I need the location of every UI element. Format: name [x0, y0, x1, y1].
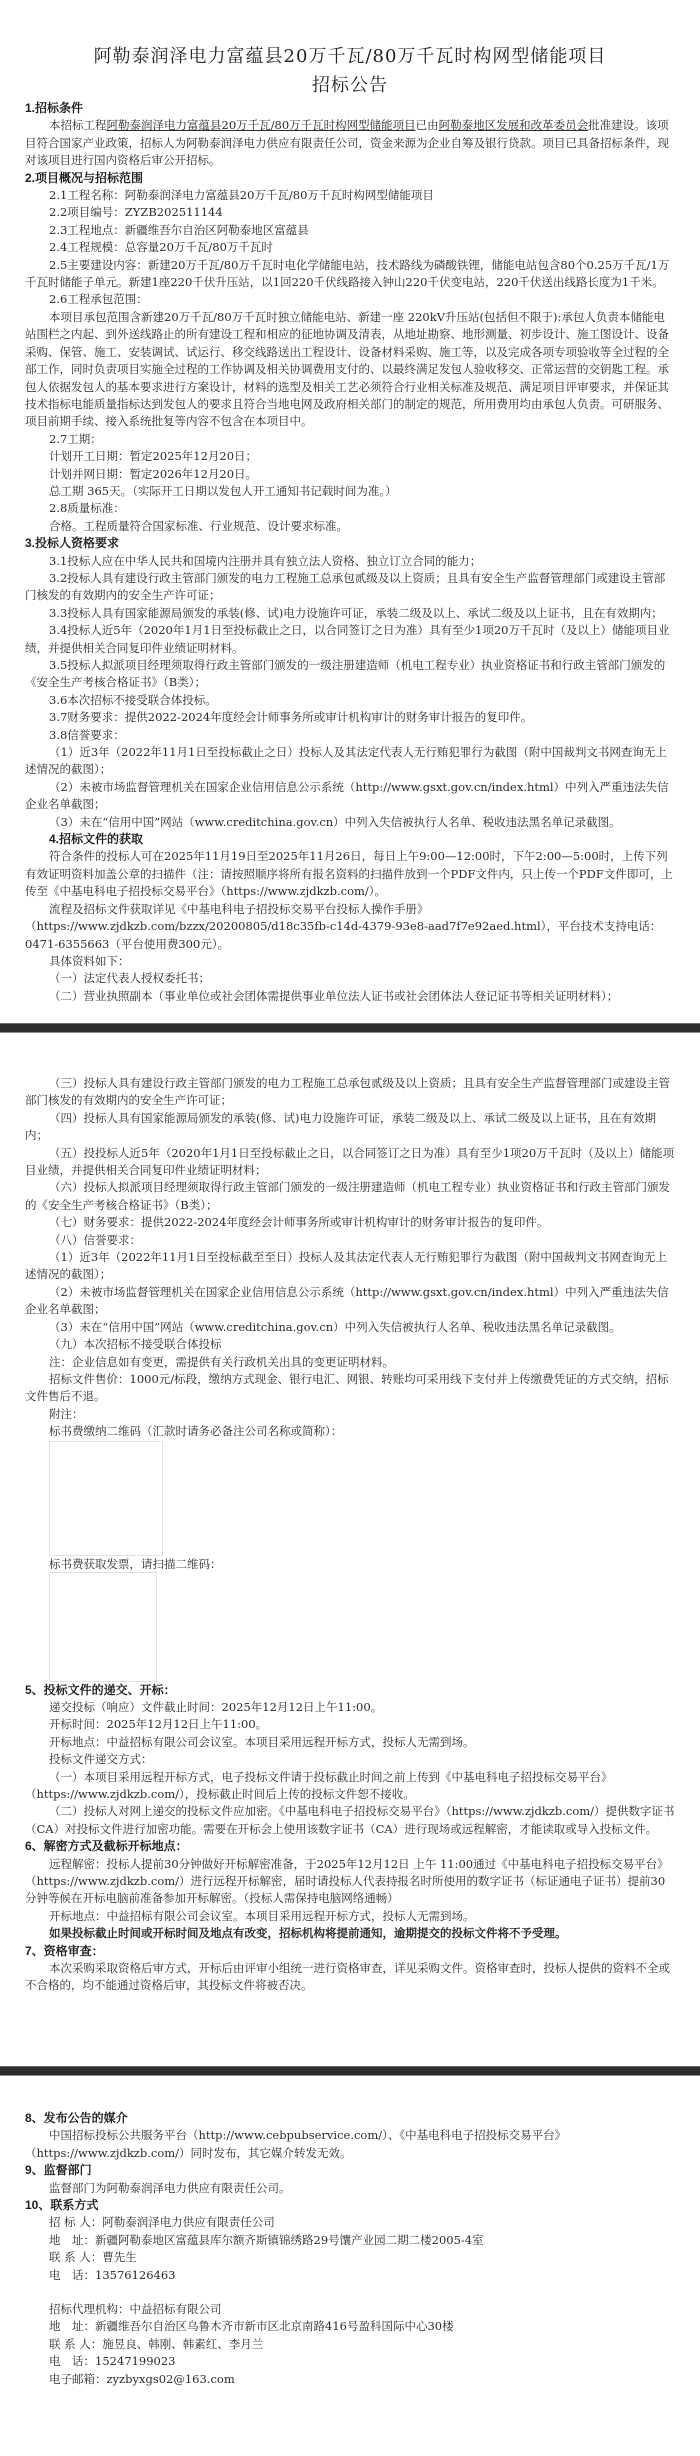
- invoice-qr-code-image: [49, 1572, 157, 1682]
- s3-credit-item: （1）近3年（2022年11月1日至投标截止之日）投标人及其法定代表人无行贿犯罪…: [25, 744, 675, 779]
- qr-payment-label: 标书费缴纳二维码（汇款时请务必备注公司名称或简称）：: [25, 1423, 675, 1440]
- s2-item: 2.6工程承包范围：: [25, 291, 675, 308]
- s4-note: 注：企业信息如有变更，需提供有关行政机关出具的变更证明材料。: [25, 1354, 675, 1371]
- document-page-1: 阿勒泰润泽电力富蕴县20万千瓦/80万千瓦时构网型储能项目 招标公告 1.招标条…: [0, 0, 700, 1024]
- s4-item-9: （九）本次招标不接受联合体投标: [25, 1336, 675, 1353]
- s3-item: 3.4投标人近5年（2020年1月1日至投标截止之日，以合同签订之日为准）具有至…: [25, 622, 675, 657]
- s3-credit-item: （3）未在“信用中国”网站（www.creditchina.gov.cn）中列入…: [25, 814, 675, 831]
- s5-line: 开标地点：中益招标有限公司会议室。本项目采用远程开标方式，投标人无需到场。: [25, 1734, 675, 1751]
- s4-credit-item: （1）近3年（2022年11月1日至投标截至至日）投标人及其法定代表人无行贿犯罪…: [25, 1249, 675, 1284]
- s4-price: 招标文件售价：1000元/标段，缴纳方式现金、银行电汇、网银、转账均可采用线下支…: [25, 1371, 675, 1406]
- s2-quality: 合格。工程质量符合国家标准、行业规范、设计要求标准。: [25, 518, 675, 535]
- s3-item: 3.1投标人应在中华人民共和国境内注册并具有独立法人资格、独立订立合同的能力；: [25, 553, 675, 570]
- tenderer-address: 地 址：新疆阿勒泰地区富蕴县库尔额齐斯镇锦绣路29号馕产业园二期二楼2005-4…: [25, 2232, 675, 2249]
- s4-credit-item: （3）未在“信用中国”网站（www.creditchina.gov.cn）中列入…: [25, 1319, 675, 1336]
- section-10-heading: 10、联系方式: [25, 2197, 675, 2214]
- section-2-heading: 2.项目概况与招标范围: [25, 170, 675, 187]
- s3-item: 3.5投标人拟派项目经理须取得行政主管部门颁发的一级注册建造师（机电工程专业）执…: [25, 657, 675, 692]
- s3-item: 3.8信誉要求：: [25, 727, 675, 744]
- section-4-heading: 4.招标文件的获取: [25, 831, 675, 848]
- agency-phone: 电 话：15247199023: [25, 2353, 675, 2370]
- agency-name: 招标代理机构：中益招标有限公司: [25, 2301, 675, 2318]
- page-separator: [0, 2066, 700, 2076]
- s4-material-item: （二）营业执照副本（事业单位或社会团体需提供事业单位法人证书或社会团体法人登记证…: [25, 988, 675, 1005]
- qr-invoice-label: 标书费获取发票，请扫描二维码：: [25, 1556, 675, 1572]
- s5-line: 开标时间：2025年12月12日上午11:00。: [25, 1716, 675, 1733]
- section-1-heading: 1.招标条件: [25, 100, 675, 117]
- s3-item: 3.6本次招标不接受联合体投标。: [25, 692, 675, 709]
- s4-material-item: （六）投标人拟派项目经理须取得行政主管部门颁发的一级注册建造师（机电工程专业）执…: [25, 1179, 675, 1214]
- section-1-body: 本招标工程阿勒泰润泽电力富蕴县20万千瓦/80万千瓦时构网型储能项目已由阿勒泰地…: [25, 117, 675, 169]
- s5-method-1: （一）本项目采用远程开标方式，电子投标文件请于投标截止时间之前上传到《中基电科电…: [25, 1769, 675, 1804]
- document-subtitle: 招标公告: [0, 71, 700, 97]
- tenderer-phone: 电 话：13576126463: [25, 2267, 675, 2284]
- page-3-content: 8、发布公告的媒介 中国招标投标公共服务平台（http://www.cebpub…: [25, 2110, 675, 2388]
- document-title: 阿勒泰润泽电力富蕴县20万千瓦/80万千瓦时构网型储能项目: [0, 42, 700, 68]
- s4-p2-line1: 流程及招标文件获取详见《中基电科电子招投标交易平台投标人操作手册》: [25, 901, 675, 918]
- s4-p2-line2: （https://www.zjdkzb.com/bzzx/20200805/d1…: [25, 918, 675, 953]
- s5-line: 递交投标（响应）文件截止时间：2025年12月12日上午11:00。: [25, 1699, 675, 1716]
- section-6-heading: 6、解密方式及截标开标地点：: [25, 1838, 675, 1855]
- s1-project-name: 阿勒泰润泽电力富蕴县20万千瓦/80万千瓦时构网型储能项目: [107, 118, 416, 132]
- s6-p1: 远程解密：投标人提前30分钟做好开标解密准备，于2025年12月12日 上午 1…: [25, 1856, 675, 1908]
- agency-contact: 联 系 人：施昱良、韩刚、韩素红、李月兰: [25, 2336, 675, 2353]
- s7-p1: 本次采购采取资格后审方式，开标后由评审小组统一进行资格审查，详见采购文件。资格审…: [25, 1960, 675, 1995]
- page-2-content: （三）投标人具有建设行政主管部门颁发的电力工程施工总承包贰级及以上资质；且具有安…: [25, 1075, 675, 1995]
- document-page-2: （三）投标人具有建设行政主管部门颁发的电力工程施工总承包贰级及以上资质；且具有安…: [0, 1033, 700, 2066]
- s2-item: 2.1工程名称：阿勒泰润泽电力富蕴县20万千瓦/80万千瓦时构网型储能项目: [25, 187, 675, 204]
- section-3-heading: 3.投标人资格要求: [25, 535, 675, 552]
- s5-line: 投标文件递交方式：: [25, 1751, 675, 1768]
- s4-material-item: （三）投标人具有建设行政主管部门颁发的电力工程施工总承包贰级及以上资质；且具有安…: [25, 1075, 675, 1110]
- s2-item: 2.3工程地点：新疆维吾尔自治区阿勒泰地区富蕴县: [25, 222, 675, 239]
- s4-material-item: （七）财务要求：提供2022-2024年度经会计师事务所或审计机构审计的财务审计…: [25, 1214, 675, 1231]
- section-9-heading: 9、监督部门: [25, 2162, 675, 2179]
- s2-period-line: 计划并网日期：暂定2026年12月20日。: [25, 466, 675, 483]
- section-7-heading: 7、资格审查：: [25, 1943, 675, 1960]
- s2-item: 2.2项目编号：ZYZB202511144: [25, 204, 675, 221]
- page-separator: [0, 1023, 700, 1033]
- s3-item: 3.2投标人具有建设行政主管部门颁发的电力工程施工总承包贰级及以上资质；且具有安…: [25, 570, 675, 605]
- payment-qr-code-image: [49, 1441, 163, 1556]
- section-5-heading: 5、投标文件的递交、开标：: [25, 1682, 675, 1699]
- s6-p2: 开标地点：中益招标有限公司会议室。本项目采用远程开标方式，投标人无需到场。: [25, 1908, 675, 1925]
- s4-material-item: （八）信誉要求：: [25, 1232, 675, 1249]
- s2-scope: 本项目承包范围含新建20万千瓦/80万千瓦时独立储能电站、新建一座 220kV升…: [25, 309, 675, 431]
- s5-method-2: （二）投标人对网上递交的投标文件应加密。《中基电科电子招投标交易平台》（http…: [25, 1803, 675, 1838]
- section-8-heading: 8、发布公告的媒介: [25, 2110, 675, 2127]
- s3-credit-item: （2）未被市场监督管理机关在国家企业信用信息公示系统（http://www.gs…: [25, 779, 675, 814]
- s6-p3-notice: 如果投标截止时间或开标时间及地点有改变，招标机构将提前通知，逾期提交的投标文件将…: [25, 1925, 675, 1942]
- s1-text-mid: 已由: [416, 118, 439, 132]
- s2-item: 2.4工程规模：总容量20万千瓦/80万千瓦时: [25, 239, 675, 256]
- s4-material-item: （四）投标人具有国家能源局颁发的承装(修、试)电力设施许可证，承装二级及以上、承…: [25, 1110, 675, 1145]
- document-page-3: 8、发布公告的媒介 中国招标投标公共服务平台（http://www.cebpub…: [0, 2076, 700, 2456]
- s2-item: 2.5主要建设内容：新建20万千瓦/80万千瓦时电化学储能电站，技术路线为磷酸铁…: [25, 257, 675, 292]
- s4-credit-item: （2）未被市场监督管理机关在国家企业信用信息公示系统（http://www.gs…: [25, 1284, 675, 1319]
- s8-p1: 中国招标投标公共服务平台（http://www.cebpubservice.co…: [25, 2127, 675, 2162]
- s2-period-line: 计划开工日期：暂定2025年12月20日；: [25, 448, 675, 465]
- s1-approver: 阿勒泰地区发展和改革委员会: [439, 118, 589, 132]
- s3-item: 3.7财务要求：提供2022-2024年度经会计师事务所或审计机构审计的财务审计…: [25, 709, 675, 726]
- s2-quality-label: 2.8质量标准：: [25, 500, 675, 517]
- s2-period-line: 总工期 365天。（实际开工日期以发包人开工通知书记载时间为准。）: [25, 483, 675, 500]
- s2-period-label: 2.7工期：: [25, 431, 675, 448]
- s4-materials-label: 具体资料如下：: [25, 953, 675, 970]
- s4-p1: 符合条件的投标人可在2025年11月19日至2025年11月26日，每日上午9:…: [25, 848, 675, 900]
- agency-email[interactable]: 电子邮箱：zyzbyxgs02@163.com: [25, 2371, 675, 2388]
- s9-p1: 监督部门为阿勒泰润泽电力供应有限责任公司。: [25, 2180, 675, 2197]
- s4-material-item: （五）投投标人近5年（2020年1月1日至投标截止之日，以合同签订之日为准）具有…: [25, 1145, 675, 1180]
- s1-text-pre: 本招标工程: [49, 118, 107, 132]
- s4-appendix-label: 附注：: [25, 1406, 675, 1423]
- s4-material-item: （一）法定代表人授权委托书；: [25, 970, 675, 987]
- agency-address: 地 址：新疆维吾尔自治区乌鲁木齐市新市区北京南路416号盈科国际中心30楼: [25, 2318, 675, 2335]
- page-1-content: 1.招标条件 本招标工程阿勒泰润泽电力富蕴县20万千瓦/80万千瓦时构网型储能项…: [25, 100, 675, 1005]
- s3-item: 3.3投标人具有国家能源局颁发的承装(修、试)电力设施许可证，承装二级及以上、承…: [25, 605, 675, 622]
- tenderer-contact: 联 系 人：曹先生: [25, 2249, 675, 2266]
- tenderer-name: 招 标 人：阿勒泰润泽电力供应有限责任公司: [25, 2214, 675, 2231]
